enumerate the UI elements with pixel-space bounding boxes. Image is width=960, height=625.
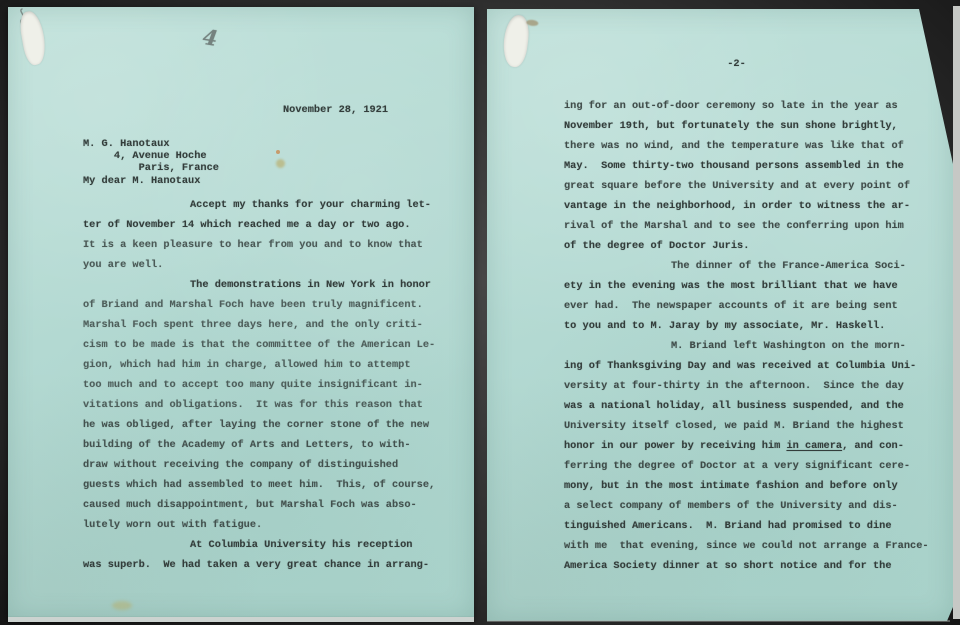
typed-line: guests which had assembled to meet him. … <box>83 475 463 495</box>
letter-page-1: 4 November 28, 1921 M. G. Hanotaux 4, Av… <box>8 7 474 618</box>
typed-line: ever had. The newspaper accounts of it a… <box>564 296 944 316</box>
typed-line: America Society dinner at so short notic… <box>564 556 944 576</box>
letter-body-page1: Accept my thanks for your charming let-t… <box>83 195 463 575</box>
typed-line: there was no wind, and the temperature w… <box>564 136 944 156</box>
typed-line: versity at four-thirty in the afternoon.… <box>564 376 944 396</box>
typed-line: to you and to M. Jaray by my associate, … <box>564 316 944 336</box>
typed-line: University itself closed, we paid M. Bri… <box>564 416 944 436</box>
typed-line: cism to be made is that the committee of… <box>83 335 463 355</box>
page-number: -2- <box>564 58 909 70</box>
backdrop-edge <box>953 6 960 619</box>
typed-line: At Columbia University his reception <box>83 535 463 555</box>
age-stain <box>112 601 132 610</box>
typed-line: The dinner of the France-America Soci- <box>564 256 944 276</box>
typed-line: mony, but in the most intimate fashion a… <box>564 476 944 496</box>
typed-line: honor in our power by receiving him in c… <box>564 436 944 456</box>
typed-line: too much and to accept too many quite in… <box>83 375 463 395</box>
typed-line: ety in the evening was the most brillian… <box>564 276 944 296</box>
letter-page-2: -2- ing for an out-of-door ceremony so l… <box>487 9 953 621</box>
typed-line: with me that evening, since we could not… <box>564 536 944 556</box>
typed-line: M. Briand left Washington on the morn- <box>564 336 944 356</box>
typed-line: ing for an out-of-door ceremony so late … <box>564 96 944 116</box>
paperclip-rust-mark <box>526 19 539 26</box>
typed-line: rival of the Marshal and to see the conf… <box>564 216 944 236</box>
typed-line: lutely worn out with fatigue. <box>83 515 463 535</box>
typed-line: The demonstrations in New York in honor <box>83 275 463 295</box>
typed-line: he was obliged, after laying the corner … <box>83 415 463 435</box>
typed-line: It is a keen pleasure to hear from you a… <box>83 235 463 255</box>
typed-line: ing of Thanksgiving Day and was received… <box>564 356 944 376</box>
typed-line: caused much disappointment, but Marshal … <box>83 495 463 515</box>
typed-line: you are well. <box>83 255 463 275</box>
age-stain <box>276 150 280 154</box>
typed-line: building of the Academy of Arts and Lett… <box>83 435 463 455</box>
salutation: My dear M. Hanotaux <box>83 175 200 187</box>
pencil-mark: 4 <box>201 24 219 51</box>
typed-line: ter of November 14 which reached me a da… <box>83 215 463 235</box>
typed-line: May. Some thirty-two thousand persons as… <box>564 156 944 176</box>
typed-line: was superb. We had taken a very great ch… <box>83 555 463 575</box>
typed-line: Marshal Foch spent three days here, and … <box>83 315 463 335</box>
typed-line: tinguished Americans. M. Briand had prom… <box>564 516 944 536</box>
typed-line: of Briand and Marshal Foch have been tru… <box>83 295 463 315</box>
age-stain <box>276 159 285 168</box>
document-scan: 4 November 28, 1921 M. G. Hanotaux 4, Av… <box>0 0 960 625</box>
typed-line: Paris, France <box>83 162 219 174</box>
torn-hole <box>501 14 531 69</box>
underlined-phrase: in camera <box>786 440 842 452</box>
underlying-page-edge <box>487 620 950 622</box>
typed-line: Accept my thanks for your charming let- <box>83 195 463 215</box>
recipient-address: M. G. Hanotaux 4, Avenue Hoche Paris, Fr… <box>83 138 219 174</box>
torn-hole <box>17 10 48 67</box>
typed-line: gion, which had him in charge, allowed h… <box>83 355 463 375</box>
letter-body-page2: ing for an out-of-door ceremony so late … <box>564 96 944 576</box>
typed-line: of the degree of Doctor Juris. <box>564 236 944 256</box>
typed-line: a select company of members of the Unive… <box>564 496 944 516</box>
typed-line: draw without receiving the company of di… <box>83 455 463 475</box>
underlying-page-edge <box>8 617 474 622</box>
typed-line: vantage in the neighborhood, in order to… <box>564 196 944 216</box>
typed-line: 4, Avenue Hoche <box>83 150 219 162</box>
typed-line: great square before the University and a… <box>564 176 944 196</box>
typed-line: November 19th, but fortunately the sun s… <box>564 116 944 136</box>
typed-line: ferring the degree of Doctor at a very s… <box>564 456 944 476</box>
letter-date: November 28, 1921 <box>283 104 388 116</box>
typed-line: vitations and obligations. It was for th… <box>83 395 463 415</box>
typed-line: M. G. Hanotaux <box>83 138 219 150</box>
typed-line: was a national holiday, all business sus… <box>564 396 944 416</box>
